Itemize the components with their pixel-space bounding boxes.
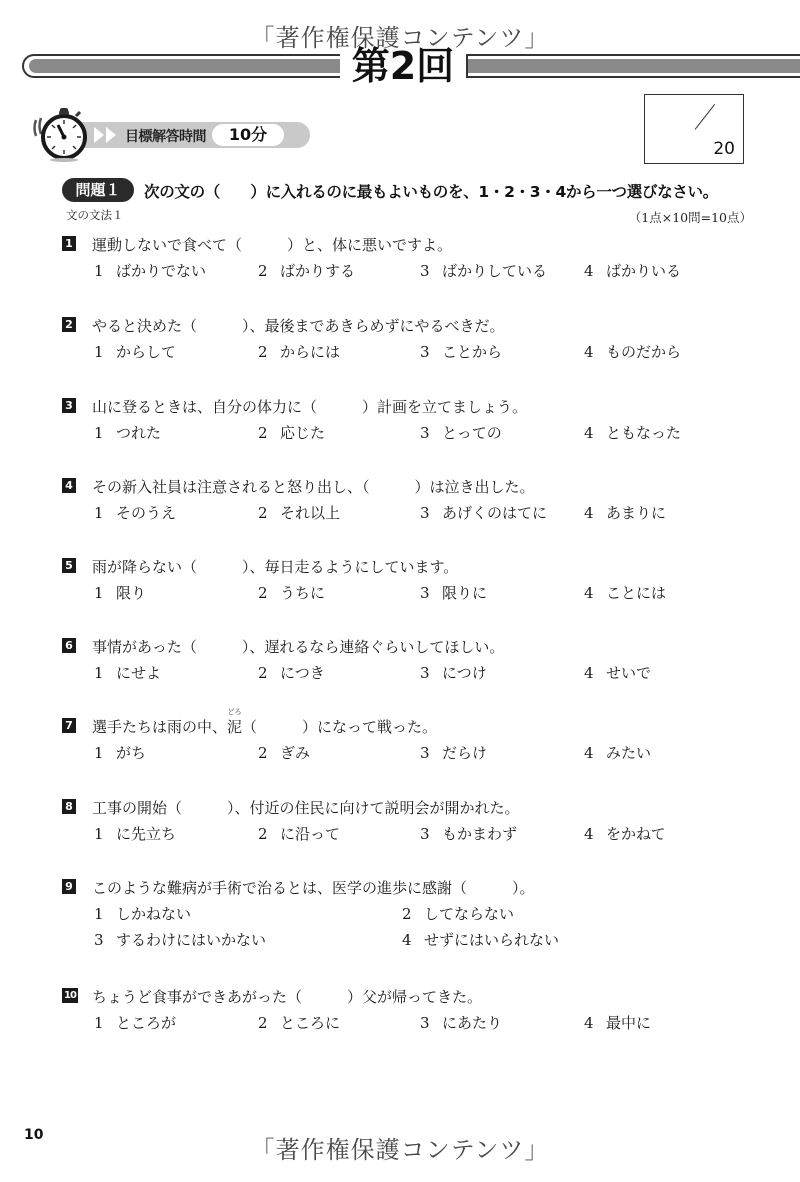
option-4[interactable]: 4をかねて bbox=[584, 823, 666, 844]
option-1[interactable]: 1ところが bbox=[94, 1012, 176, 1033]
option-4[interactable]: 4最中に bbox=[584, 1012, 651, 1033]
option-2[interactable]: 2ばかりする bbox=[258, 260, 355, 281]
option-4[interactable]: 4せいで bbox=[584, 662, 651, 683]
option-2[interactable]: 2に沿って bbox=[258, 823, 340, 844]
question-number: 2 bbox=[62, 317, 76, 332]
option-2[interactable]: 2それ以上 bbox=[258, 502, 340, 523]
option-3[interactable]: 3するわけにはいかない bbox=[94, 929, 266, 950]
score-slash bbox=[695, 104, 715, 130]
question-text: このような難病が手術で治るとは、医学の進歩に感謝（ ）。 bbox=[92, 877, 535, 898]
option-3[interactable]: 3にあたり bbox=[420, 1012, 502, 1033]
option-2[interactable]: 2からには bbox=[258, 341, 340, 362]
question-text: 選手たちは雨の中、どろ泥（ ）になって戦った。 bbox=[92, 716, 437, 737]
stopwatch-icon bbox=[30, 106, 94, 162]
option-1[interactable]: 1しかねない bbox=[94, 903, 191, 924]
question-text: ちょうど食事ができあがった（ ）父が帰ってきた。 bbox=[92, 986, 482, 1007]
option-1[interactable]: 1に先立ち bbox=[94, 823, 176, 844]
option-4[interactable]: 4ものだから bbox=[584, 341, 681, 362]
option-1[interactable]: 1にせよ bbox=[94, 662, 161, 683]
option-2[interactable]: 2うちに bbox=[258, 582, 325, 603]
question-text: 事情があった（ ）、遅れるなら連絡ぐらいしてほしい。 bbox=[92, 636, 504, 657]
question-number: 9 bbox=[62, 879, 76, 894]
option-3[interactable]: 3もかまわず bbox=[420, 823, 517, 844]
furigana-reading: どろ bbox=[227, 707, 242, 717]
target-time-value: 10分 bbox=[212, 124, 284, 146]
question-number: 10 bbox=[62, 988, 78, 1003]
question-text: 運動しないで食べて（ ）と、体に悪いですよ。 bbox=[92, 234, 452, 255]
option-1[interactable]: 1がち bbox=[94, 742, 146, 763]
option-2[interactable]: 2につき bbox=[258, 662, 325, 683]
problem-points: （1点×10問=10点） bbox=[629, 208, 752, 226]
question-number: 7 bbox=[62, 718, 76, 733]
option-4[interactable]: 4ことには bbox=[584, 582, 666, 603]
option-1[interactable]: 1そのうえ bbox=[94, 502, 176, 523]
header-band-right bbox=[466, 54, 800, 78]
option-4[interactable]: 4ばかりいる bbox=[584, 260, 681, 281]
question-number: 8 bbox=[62, 799, 76, 814]
option-1[interactable]: 1ばかりでない bbox=[94, 260, 206, 281]
option-2[interactable]: 2ところに bbox=[258, 1012, 340, 1033]
option-3[interactable]: 3限りに bbox=[420, 582, 487, 603]
question-text: やると決めた（ ）、最後まであきらめずにやるべきだ。 bbox=[92, 315, 505, 336]
question-number: 3 bbox=[62, 398, 76, 413]
option-1[interactable]: 1からして bbox=[94, 341, 176, 362]
score-box: 20 bbox=[644, 94, 744, 164]
target-time-banner: 目標解答時間 10分 bbox=[30, 106, 290, 162]
option-1[interactable]: 1つれた bbox=[94, 422, 161, 443]
target-time-label: 目標解答時間 bbox=[125, 126, 206, 146]
question-text: 工事の開始（ ）、付近の住民に向けて説明会が開かれた。 bbox=[92, 797, 520, 818]
round-title: 第2回 bbox=[340, 44, 466, 88]
problem-heading: 問題１ 次の文の（ ）に入れるのに最もよいものを、1・2・3・4から一つ選びなさ… bbox=[62, 178, 762, 204]
score-total: 20 bbox=[713, 139, 735, 159]
furigana-word: どろ泥 bbox=[227, 716, 242, 737]
option-3[interactable]: 3だらけ bbox=[420, 742, 487, 763]
option-1[interactable]: 1限り bbox=[94, 582, 146, 603]
option-3[interactable]: 3とっての bbox=[420, 422, 502, 443]
question-number: 1 bbox=[62, 236, 76, 251]
option-4[interactable]: 4あまりに bbox=[584, 502, 666, 523]
problem-instruction: 次の文の（ ）に入れるのに最もよいものを、1・2・3・4から一つ選びなさい。 bbox=[144, 180, 718, 202]
question-number: 4 bbox=[62, 478, 76, 493]
option-3[interactable]: 3ばかりしている bbox=[420, 260, 547, 281]
option-3[interactable]: 3につけ bbox=[420, 662, 487, 683]
option-3[interactable]: 3ことから bbox=[420, 341, 502, 362]
question-text: 山に登るときは、自分の体力に（ ）計画を立てましょう。 bbox=[92, 396, 527, 417]
option-2[interactable]: 2応じた bbox=[258, 422, 325, 443]
question-text: 雨が降らない（ ）、毎日走るようにしています。 bbox=[92, 556, 458, 577]
question-number: 6 bbox=[62, 638, 76, 653]
problem-subtitle: 文の文法１ bbox=[66, 207, 124, 223]
header-band-left bbox=[22, 54, 340, 78]
option-4[interactable]: 4せずにはいられない bbox=[402, 929, 559, 950]
option-3[interactable]: 3あげくのはてに bbox=[420, 502, 547, 523]
option-2[interactable]: 2ぎみ bbox=[258, 742, 310, 763]
option-2[interactable]: 2してならない bbox=[402, 903, 514, 924]
copyright-watermark-bottom: 「著作権保護コンテンツ」 bbox=[0, 1130, 800, 1165]
option-4[interactable]: 4みたい bbox=[584, 742, 651, 763]
option-4[interactable]: 4ともなった bbox=[584, 422, 681, 443]
question-text: その新入社員は注意されると怒り出し、（ ）は泣き出した。 bbox=[92, 476, 535, 497]
question-number: 5 bbox=[62, 558, 76, 573]
problem-badge: 問題１ bbox=[62, 178, 134, 202]
double-arrow-icon bbox=[94, 127, 116, 143]
